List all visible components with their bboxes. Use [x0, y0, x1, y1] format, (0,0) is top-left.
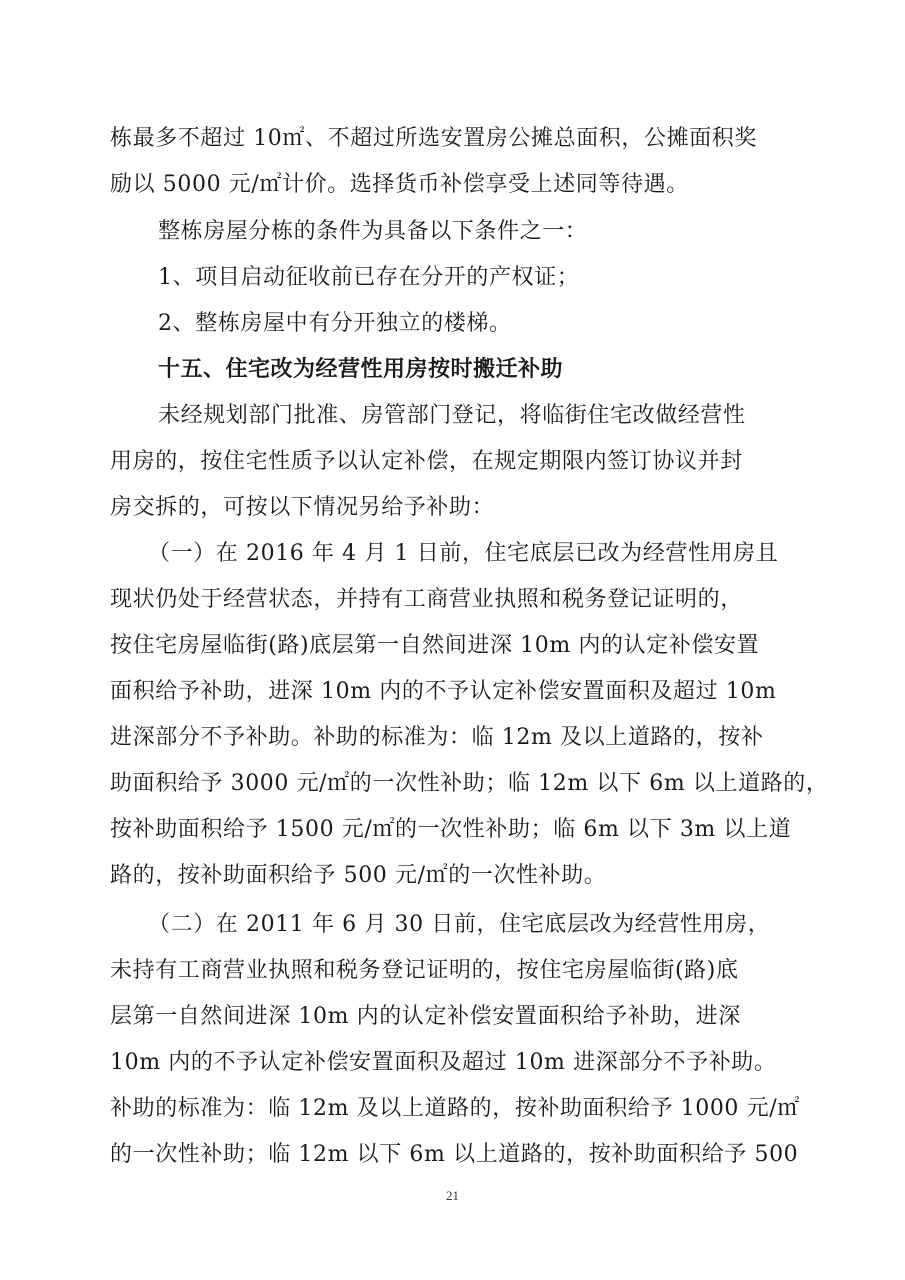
document-page: 栋最多不超过 10㎡、不超过所选安置房公摊总面积，公摊面积奖 励以 5000 元…	[0, 0, 905, 1280]
paragraph-line: 助面积给予 3000 元/㎡的一次性补助；临 12m 以下 6m 以上道路的，	[110, 769, 828, 799]
paragraph-line: （一）在 2016 年 4 月 1 日前，住宅底层已改为经营性用房且	[148, 539, 778, 569]
paragraph-line: 未持有工商营业执照和税务登记证明的，按住宅房屋临街(路)底	[110, 956, 739, 986]
page-number: 21	[0, 1188, 905, 1204]
paragraph-line: 层第一自然间进深 10m 内的认定补偿安置面积给予补助，进深	[110, 1002, 741, 1032]
section-heading: 十五、住宅改为经营性用房按时搬迁补助	[158, 355, 563, 385]
list-item: 1、项目启动征收前已存在分开的产权证；	[158, 263, 579, 293]
paragraph-line: 面积给予补助，进深 10m 内的不予认定补偿安置面积及超过 10m	[110, 677, 777, 707]
paragraph-line: 未经规划部门批准、房管部门登记，将临街住宅改做经营性	[158, 401, 746, 431]
paragraph-line: 栋最多不超过 10㎡、不超过所选安置房公摊总面积，公摊面积奖	[110, 124, 757, 154]
list-item: 2、整栋房屋中有分开独立的楼梯。	[158, 309, 512, 339]
paragraph-line: （二）在 2011 年 6 月 30 日前，住宅底层改为经营性用房，	[148, 910, 770, 940]
paragraph-line: 现状仍处于经营状态，并持有工商营业执照和税务登记证明的，	[110, 585, 743, 615]
paragraph-line: 按补助面积给予 1500 元/㎡的一次性补助；临 6m 以下 3m 以上道	[110, 815, 791, 845]
paragraph-line: 路的，按补助面积给予 500 元/㎡的一次性补助。	[110, 861, 606, 891]
paragraph-line: 进深部分不予补助。补助的标准为：临 12m 及以上道路的，按补	[110, 723, 763, 753]
paragraph-line: 整栋房屋分栋的条件为具备以下条件之一：	[158, 217, 587, 247]
paragraph-line: 的一次性补助；临 12m 以下 6m 以上道路的，按补助面积给予 500	[110, 1140, 798, 1170]
paragraph-line: 用房的，按住宅性质予以认定补偿，在规定期限内签订协议并封	[110, 447, 743, 477]
paragraph-line: 按住宅房屋临街(路)底层第一自然间进深 10m 内的认定补偿安置	[110, 631, 759, 661]
paragraph-line: 10m 内的不予认定补偿安置面积及超过 10m 进深部分不予补助。	[110, 1048, 777, 1078]
paragraph-line: 补助的标准为：临 12m 及以上道路的，按补助面积给予 1000 元/㎡	[110, 1094, 800, 1124]
paragraph-line: 励以 5000 元/㎡计价。选择货币补偿享受上述同等待遇。	[110, 170, 689, 200]
paragraph-line: 房交拆的，可按以下情况另给予补助：	[110, 493, 494, 523]
